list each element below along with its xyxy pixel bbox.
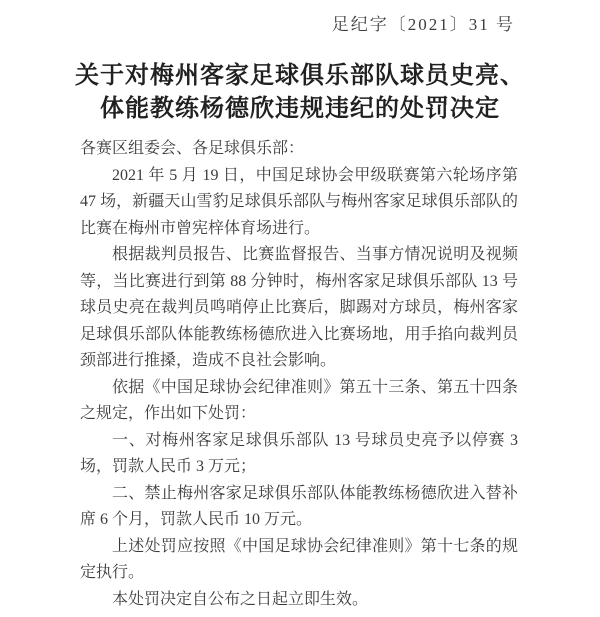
document-body: 各赛区组委会、各足球俱乐部： 2021 年 5 月 19 日，中国足球协会甲级联… bbox=[80, 136, 518, 613]
document-title-line-2: 体能教练杨德欣违规违纪的处罚决定 bbox=[0, 93, 600, 126]
document-title-line-1: 关于对梅州客家足球俱乐部队球员史亮、 bbox=[0, 60, 600, 93]
paragraph-legal-basis: 依据《中国足球协会纪律准则》第五十三条、第五十四条之规定，作出如下处罚： bbox=[80, 375, 518, 428]
paragraph-punishment-item-1: 一、对梅州客家足球俱乐部队 13 号球员史亮予以停赛 3 场，罚款人民币 3 万… bbox=[80, 428, 518, 481]
paragraph-punishment-item-2: 二、禁止梅州客家足球俱乐部队体能教练杨德欣进入替补席 6 个月，罚款人民币 10… bbox=[80, 481, 518, 534]
document-number: 足纪字〔2021〕31 号 bbox=[0, 10, 515, 35]
paragraph-execution-rule: 上述处罚应按照《中国足球协会纪律准则》第十七条的规定执行。 bbox=[80, 534, 518, 587]
paragraph-incident-description: 根据裁判员报告、比赛监督报告、当事方情况说明及视频等，当比赛进行到第 88 分钟… bbox=[80, 242, 518, 375]
paragraph-effective-date: 本处罚决定自公布之日起立即生效。 bbox=[80, 587, 518, 614]
salutation: 各赛区组委会、各足球俱乐部： bbox=[80, 136, 518, 163]
document-page: 足纪字〔2021〕31 号 关于对梅州客家足球俱乐部队球员史亮、 体能教练杨德欣… bbox=[0, 0, 600, 617]
document-title: 关于对梅州客家足球俱乐部队球员史亮、 体能教练杨德欣违规违纪的处罚决定 bbox=[0, 60, 600, 126]
paragraph-match-info: 2021 年 5 月 19 日，中国足球协会甲级联赛第六轮场序第 47 场，新疆… bbox=[80, 163, 518, 243]
